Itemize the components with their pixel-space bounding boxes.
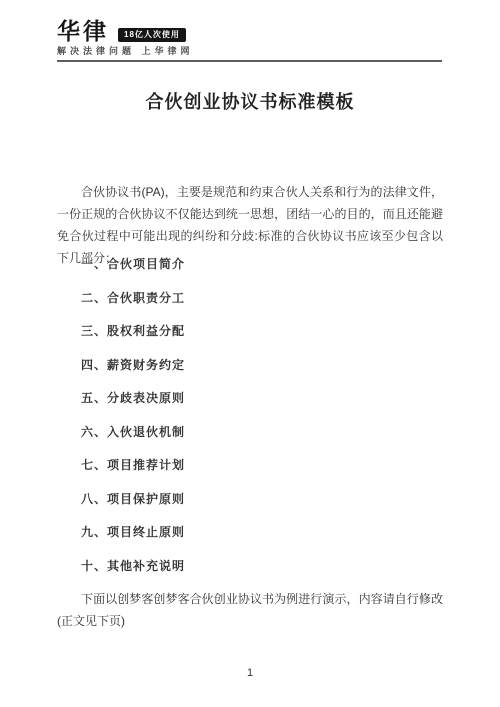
list-item-7: 七、项目推荐计划 (57, 454, 443, 476)
list-item-4: 四、薪资财务约定 (57, 354, 443, 376)
site-header: 华律 18亿人次使用 解决法律问题 上华律网 (57, 20, 442, 62)
header-divider (57, 60, 442, 62)
list-item-9: 九、项目终止原则 (57, 521, 443, 543)
page-title: 合伙创业协议书标准模板 (0, 88, 500, 114)
list-item-2: 二、合伙职责分工 (57, 287, 443, 309)
outro-paragraph: 下面以创梦客创梦客合伙创业协议书为例进行演示，内容请自行修改(正文见下页) (57, 588, 443, 632)
document-page: 华律 18亿人次使用 解决法律问题 上华律网 合伙创业协议书标准模板 合伙协议书… (0, 0, 500, 707)
list-item-5: 五、分歧表决原则 (57, 387, 443, 409)
section-list: 一、合伙项目简介 二、合伙职责分工 三、股权利益分配 四、薪资财务约定 五、分歧… (57, 253, 443, 588)
list-item-8: 八、项目保护原则 (57, 488, 443, 510)
page-number: 1 (0, 667, 500, 679)
header-tagline: 解决法律问题 上华律网 (57, 47, 442, 56)
logo-row: 华律 18亿人次使用 (57, 20, 442, 43)
visits-badge: 18亿人次使用 (118, 28, 186, 42)
list-item-10: 十、其他补充说明 (57, 555, 443, 577)
list-item-3: 三、股权利益分配 (57, 320, 443, 342)
list-item-6: 六、入伙退伙机制 (57, 421, 443, 443)
list-item-1: 一、合伙项目简介 (57, 253, 443, 275)
hualv-logo: 华律 (57, 20, 109, 43)
